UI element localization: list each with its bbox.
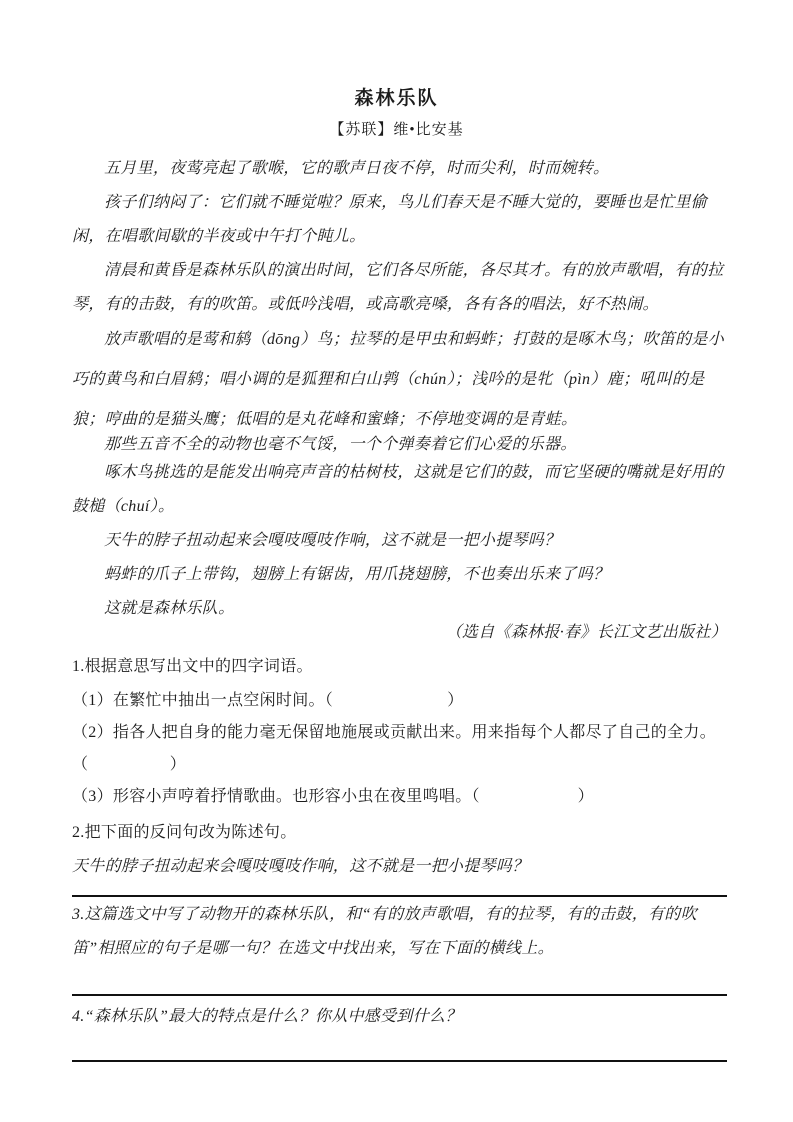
question-2-stem: 2.把下面的反问句改为陈述句。: [72, 816, 727, 850]
question-1-item-2-blank: （ ）: [72, 748, 727, 782]
question-3-stem: 3.这篇选文中写了动物开的森林乐队，和“有的放声歌唱，有的拉琴，有的击鼓，有的吹…: [72, 898, 727, 966]
paragraph-6: 啄木鸟挑选的是能发出响亮声音的枯树枝，这就是它们的鼓，而它坚硬的嘴就是好用的鼓槌…: [72, 456, 727, 524]
paragraph-4: 放声歌唱的是莺和鸫（dōng）鸟；拉琴的是甲虫和蚂蚱；打鼓的是啄木鸟；吹笛的是小…: [72, 320, 727, 440]
question-1-stem: 1.根据意思写出文中的四字词语。: [72, 650, 727, 684]
article-title: 森林乐队: [0, 83, 793, 110]
paragraph-3: 清晨和黄昏是森林乐队的演出时间，它们各尽所能，各尽其才。有的放声歌唱，有的拉琴，…: [72, 254, 727, 322]
paragraph-7: 天牛的脖子扭动起来会嘎吱嘎吱作响，这不就是一把小提琴吗？: [72, 524, 727, 558]
question-1-item-3: （3）形容小声哼着抒情歌曲。也形容小虫在夜里鸣唱。（ ）: [72, 780, 727, 814]
answer-line-2: [72, 994, 727, 996]
answer-line-3: [72, 1060, 727, 1062]
paragraph-2: 孩子们纳闷了：它们就不睡觉啦？原来，鸟儿们春天是不睡大觉的，要睡也是忙里偷闲，在…: [72, 186, 727, 254]
question-1-item-1: （1）在繁忙中抽出一点空闲时间。（ ）: [72, 684, 727, 718]
question-4-stem: 4.“森林乐队”最大的特点是什么？你从中感受到什么？: [72, 1000, 727, 1034]
source-attribution: （选自《森林报·春》长江文艺出版社）: [72, 618, 727, 648]
question-1-item-2: （2）指各人把自身的能力毫无保留地施展或贡献出来。用来指每个人都尽了自己的全力。: [72, 716, 727, 750]
article-author: 【苏联】维•比安基: [0, 118, 793, 139]
answer-line-1: [72, 895, 727, 897]
question-2-sentence: 天牛的脖子扭动起来会嘎吱嘎吱作响，这不就是一把小提琴吗？: [72, 850, 727, 884]
worksheet-page: 森林乐队 【苏联】维•比安基 五月里，夜莺亮起了歌喉，它的歌声日夜不停，时而尖利…: [0, 0, 793, 1122]
paragraph-8: 蚂蚱的爪子上带钩，翅膀上有锯齿，用爪挠翅膀，不也奏出乐来了吗？: [72, 558, 727, 592]
paragraph-1: 五月里，夜莺亮起了歌喉，它的歌声日夜不停，时而尖利，时而婉转。: [72, 152, 727, 186]
